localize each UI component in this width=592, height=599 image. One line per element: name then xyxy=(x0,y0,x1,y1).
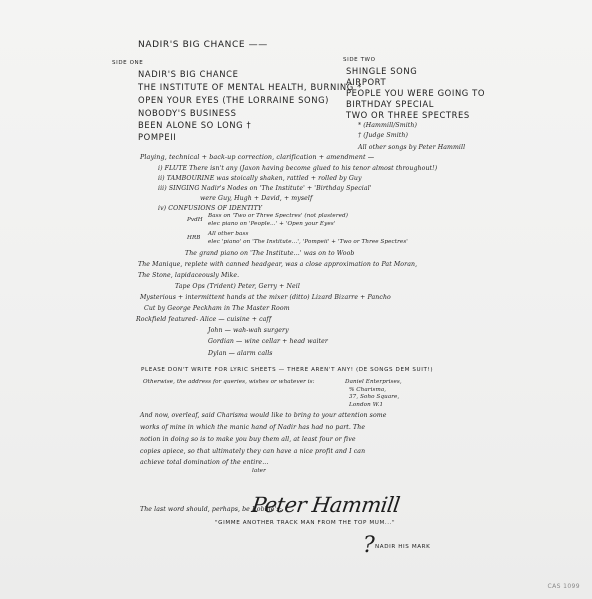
rockfield-entry: Dylan — alarm calls xyxy=(208,350,273,357)
catalog-number: CAS 1099 xyxy=(548,583,580,590)
signoff: later xyxy=(252,468,266,474)
nadir-mark: NADIR HIS MARK xyxy=(375,544,430,550)
last-word-intro: The last word should, perhaps, be Robbie… xyxy=(140,506,282,513)
identity-line: elec 'piano' on 'The Institute...', 'Pom… xyxy=(208,239,408,245)
track-item: THE INSTITUTE OF MENTAL HEALTH, BURNING … xyxy=(138,82,362,92)
grand-piano-note: The grand piano on 'The Institute...' wa… xyxy=(185,250,354,257)
lyric-sheet-page: NADIR'S BIG CHANCE —— SIDE ONE NADIR'S B… xyxy=(0,0,592,599)
identity-who: HRB xyxy=(187,235,201,241)
track-item: PEOPLE YOU WERE GOING TO xyxy=(346,88,485,98)
track-item: AIRPORT xyxy=(346,77,386,87)
track-item: OPEN YOUR EYES (The Lorraine Song) xyxy=(138,95,329,105)
identity-line: Bass on 'Two or Three Spectres' (not pla… xyxy=(208,213,348,219)
address-line: 37, Soho Square, xyxy=(349,394,399,400)
track-item: BIRTHDAY SPECIAL xyxy=(346,99,434,109)
identity-who: PvdH xyxy=(187,217,203,223)
track-item: SHINGLE SONG xyxy=(346,66,417,76)
closing-line: notion in doing so is to make you buy th… xyxy=(140,436,356,443)
last-word-quote: "GIMME ANOTHER TRACK MAN FROM THE TOP MU… xyxy=(215,520,395,526)
address-line: % Charisma, xyxy=(349,387,386,393)
question-mark-glyph: ? xyxy=(363,533,375,558)
manor-line: The Stone, lapidaceously Mike. xyxy=(138,272,239,279)
credit-item: ii) TAMBOURINE was stoically shaken, rat… xyxy=(158,175,362,182)
closing-line: And now, overleaf, said Charisma would l… xyxy=(140,412,387,419)
closing-line: works of mine in which the manic hand of… xyxy=(140,424,365,431)
manor-line: Mysterious + intermittent hands at the m… xyxy=(140,294,391,301)
signature: Peter Hammill xyxy=(250,493,401,517)
footnote: All other songs by Peter Hammill xyxy=(358,144,465,151)
track-item: POMPEII xyxy=(138,132,176,142)
credit-item: i) FLUTE There isn't any (Jaxon having b… xyxy=(158,165,437,172)
footnote: * (Hammill/Smith) xyxy=(358,122,417,129)
rockfield-entry: John — wah-wah surgery xyxy=(208,327,289,334)
credit-item: were Guy, Hugh + David, + myself xyxy=(200,195,312,202)
track-item: BEEN ALONE SO LONG † xyxy=(138,120,251,130)
side-two-label: SIDE TWO xyxy=(343,57,376,63)
manor-line: Tape Ops (Trident) Peter, Gerry + Neil xyxy=(175,283,300,290)
track-item: TWO OR THREE SPECTRES xyxy=(346,110,470,120)
credit-item: iv) CONFUSIONS OF IDENTITY xyxy=(158,205,262,212)
identity-line: elec piano on 'People...' + 'Open your E… xyxy=(208,221,335,227)
rockfield-entry: - Alice — cuisine + caff xyxy=(196,316,271,323)
document-title: NADIR'S BIG CHANCE —— xyxy=(138,40,268,50)
track-item: NADIR'S BIG CHANCE xyxy=(138,69,238,79)
address-line: London W.1 xyxy=(349,402,383,408)
credits-heading: Playing, technical + back-up correction,… xyxy=(140,153,374,161)
footnote: † (Judge Smith) xyxy=(358,132,408,139)
side-one-label: SIDE ONE xyxy=(112,60,143,66)
lyrics-note: PLEASE DON'T WRITE FOR LYRIC SHEETS — TH… xyxy=(141,367,433,373)
rockfield-entry: Gordian — wine cellar + head waiter xyxy=(208,338,328,345)
track-item: NOBODY'S BUSINESS xyxy=(138,108,236,118)
identity-line: All other bass xyxy=(208,231,248,237)
closing-line: achieve total domination of the entire..… xyxy=(140,459,268,466)
manor-line: Cut by George Peckham in The Master Room xyxy=(144,305,290,312)
closing-line: copies apiece, so that ultimately they c… xyxy=(140,448,365,455)
address-intro: Otherwise, the address for queries, wish… xyxy=(143,379,315,385)
credit-item: iii) SINGING Nadir's Nodes on 'The Insti… xyxy=(158,185,372,192)
manor-line: The Manique, replete with canned headgea… xyxy=(138,261,417,268)
rockfield-label: Rockfield featured xyxy=(136,316,196,323)
address-line: Daniel Enterprises, xyxy=(345,379,402,385)
